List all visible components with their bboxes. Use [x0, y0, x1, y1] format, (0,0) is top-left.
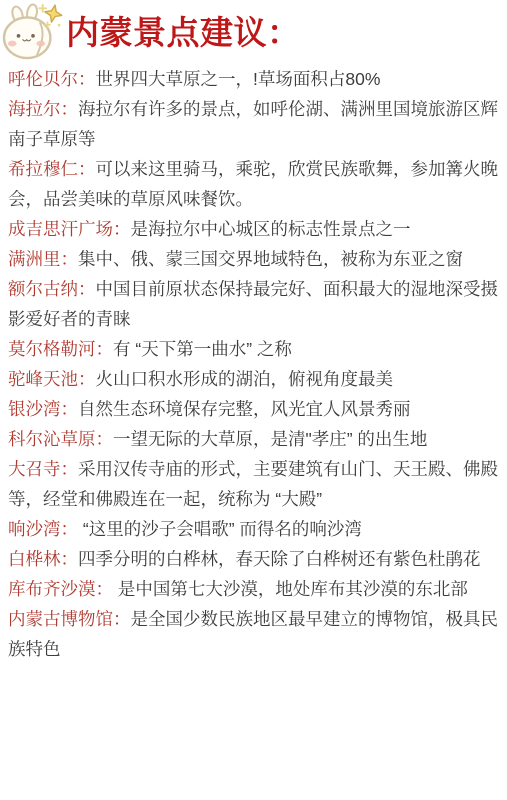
entry-term: 呼伦贝尔： [8, 69, 96, 89]
entry-desc: “这里的沙子会唱歌” 而得名的响沙湾 [78, 519, 362, 539]
list-item-neimenggu-museum: 内蒙古博物馆：是全国少数民族地区最早建立的博物馆，极具民族特色 [8, 604, 499, 664]
entry-term: 银沙湾： [8, 399, 78, 419]
entry-term: 内蒙古博物馆： [8, 609, 131, 629]
entry-term: 库布齐沙漠： [8, 579, 113, 599]
list-item-chengjisihan-square: 成吉思汗广场：是海拉尔中心城区的标志性景点之一 [8, 214, 499, 244]
list-item-yinshawan: 银沙湾：自然生态环境保存完整，风光宜人风景秀丽 [8, 394, 499, 424]
entry-term: 额尔古纳： [8, 279, 96, 299]
list-item-dazhao-temple: 大召寺：采用汉传寺庙的形式，主要建筑有山门、天王殿、佛殿等，经堂和佛殿连在一起，… [8, 454, 499, 514]
list-item-keerqin-grassland: 科尔沁草原：一望无际的大草原，是清"孝庄” 的出生地 [8, 424, 499, 454]
entry-desc: 是海拉尔中心城区的标志性景点之一 [131, 219, 411, 239]
entry-desc: 四季分明的白桦林，春天除了白桦树还有紫色杜鹃花 [78, 549, 481, 569]
list-item-kubuqi-desert: 库布齐沙漠： 是中国第七大沙漠，地处库布其沙漠的东北部 [8, 574, 499, 604]
entry-term: 满洲里： [8, 249, 78, 269]
page-title: 内蒙景点建议： [66, 14, 301, 49]
entry-desc: 世界四大草原之一，!草场面积占80% [96, 69, 381, 89]
entry-desc: 采用汉传寺庙的形式，主要建筑有山门、天王殿、佛殿等，经堂和佛殿连在一起，统称为 … [8, 459, 498, 509]
attractions-list: 呼伦贝尔：世界四大草原之一，!草场面积占80% 海拉尔：海拉尔有许多的景点，如呼… [0, 62, 507, 664]
entry-term: 响沙湾： [8, 519, 78, 539]
entry-term: 大召寺： [8, 459, 78, 479]
list-item-tuofeng-tianchi: 驼峰天池：火山口积水形成的湖泊，俯视角度最美 [8, 364, 499, 394]
entry-term: 海拉尔： [8, 99, 78, 119]
entry-term: 驼峰天池： [8, 369, 96, 389]
list-item-eerguna: 额尔古纳：中国目前原状态保持最完好、面积最大的湿地深受摄影爱好者的青睐 [8, 274, 499, 334]
bunny-icon-svg [2, 2, 64, 60]
list-item-hailaer: 海拉尔：海拉尔有许多的景点，如呼伦湖、满洲里国境旅游区辉南子草原等 [8, 94, 499, 154]
entry-term: 科尔沁草原： [8, 429, 113, 449]
entry-desc: 集中、俄、蒙三国交界地域特色，被称为东亚之窗 [78, 249, 463, 269]
list-item-hulunbeier: 呼伦贝尔：世界四大草原之一，!草场面积占80% [8, 64, 499, 94]
list-item-xilamuren: 希拉穆仁：可以来这里骑马，乘驼，欣赏民族歌舞，参加篝火晚会，品尝美味的草原风味餐… [8, 154, 499, 214]
entry-desc: 有 “天下第一曲水” 之称 [113, 339, 292, 359]
entry-desc: 火山口积水形成的湖泊，俯视角度最美 [96, 369, 394, 389]
bunny-with-star-icon [2, 2, 64, 60]
entry-term: 希拉穆仁： [8, 159, 96, 179]
entry-term: 莫尔格勒河： [8, 339, 113, 359]
entry-desc: 是中国第七大沙漠，地处库布其沙漠的东北部 [113, 579, 468, 599]
list-item-moergele-river: 莫尔格勒河：有 “天下第一曲水” 之称 [8, 334, 499, 364]
list-item-xiangshawan: 响沙湾： “这里的沙子会唱歌” 而得名的响沙湾 [8, 514, 499, 544]
list-item-manzhouli: 满洲里：集中、俄、蒙三国交界地域特色，被称为东亚之窗 [8, 244, 499, 274]
page-header: 内蒙景点建议： [0, 0, 507, 62]
entry-term: 白桦林： [8, 549, 78, 569]
entry-desc: 海拉尔有许多的景点，如呼伦湖、满洲里国境旅游区辉南子草原等 [8, 99, 498, 149]
entry-desc: 一望无际的大草原，是清"孝庄” 的出生地 [113, 429, 427, 449]
list-item-baihualin: 白桦林：四季分明的白桦林，春天除了白桦树还有紫色杜鹃花 [8, 544, 499, 574]
entry-term: 成吉思汗广场： [8, 219, 131, 239]
entry-desc: 自然生态环境保存完整，风光宜人风景秀丽 [78, 399, 411, 419]
note-page: 内蒙景点建议： 呼伦贝尔：世界四大草原之一，!草场面积占80% 海拉尔：海拉尔有… [0, 0, 507, 800]
